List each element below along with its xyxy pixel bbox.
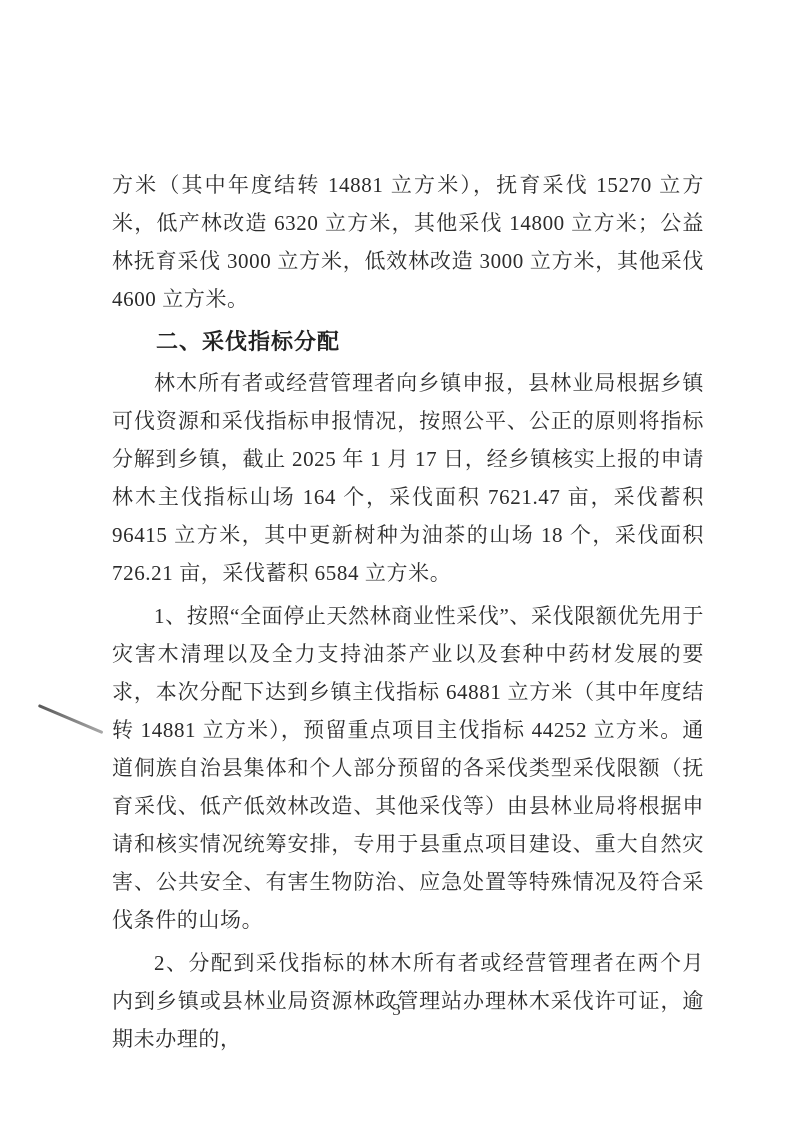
paragraph-continuation: 方米（其中年度结转 14881 立方米），抚育采伐 15270 立方米，低产林改… — [112, 166, 704, 318]
document-body: 方米（其中年度结转 14881 立方米），抚育采伐 15270 立方米，低产林改… — [112, 166, 704, 1063]
pen-scratch-mark — [38, 704, 104, 734]
document-page: 方米（其中年度结转 14881 立方米），抚育采伐 15270 立方米，低产林改… — [0, 0, 793, 1121]
section-heading: 二、采伐指标分配 — [112, 323, 704, 361]
paragraph-allocation-overview: 林木所有者或经营管理者向乡镇申报，县林业局根据乡镇可伐资源和采伐指标申报情况，按… — [112, 364, 704, 592]
paragraph-item-1: 1、按照“全面停止天然林商业性采伐”、采伐限额优先用于灾害木清理以及全力支持油茶… — [112, 597, 704, 939]
page-number: 3 — [0, 1000, 793, 1020]
